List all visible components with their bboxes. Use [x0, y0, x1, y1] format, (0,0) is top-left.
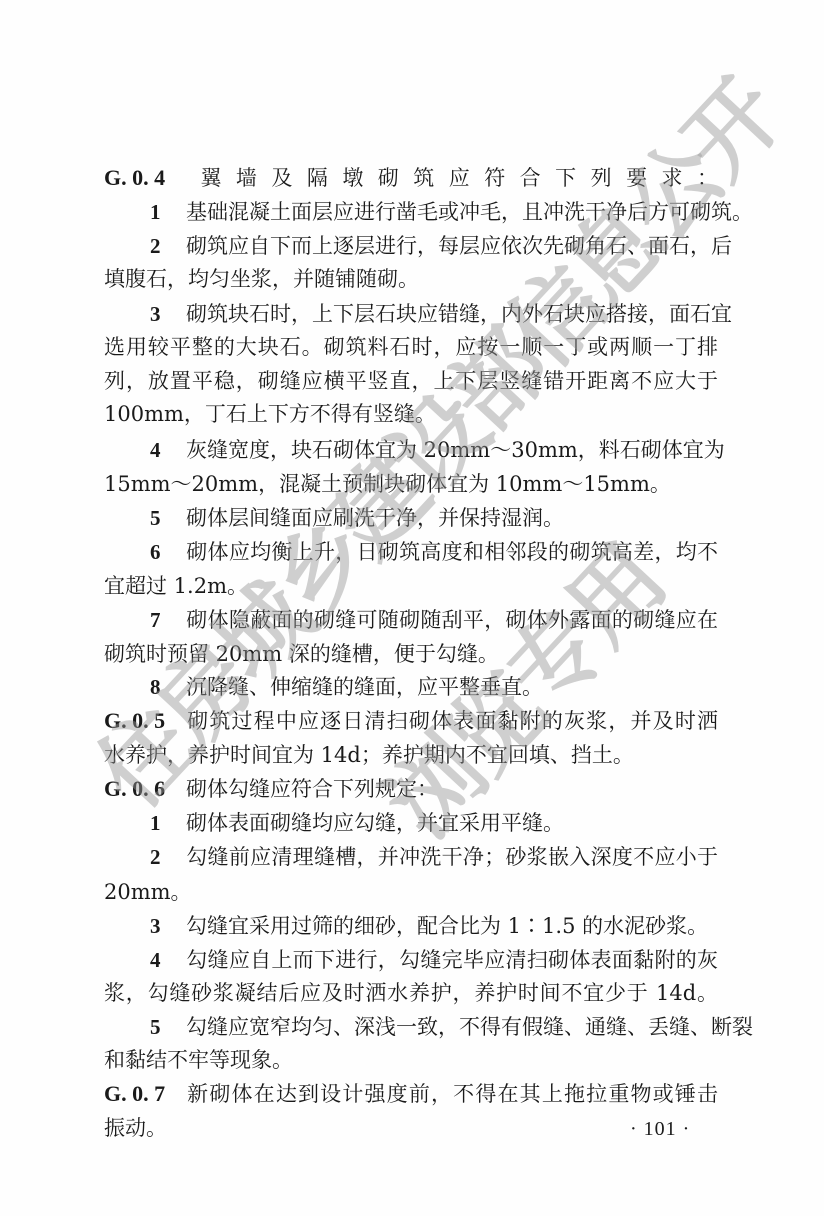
list-item: 4灰缝宽度，块石砌体宜为 20mm～30mm，料石砌体宜为: [150, 433, 718, 467]
item-number: 5: [150, 501, 186, 535]
list-item: 4勾缝应自上而下进行，勾缝完毕应清扫砌体表面黏附的灰: [150, 943, 718, 977]
clause-heading: G. 0. 6砌体勾缝应符合下列规定：: [104, 772, 718, 806]
item-text-continuation: 填腹石，均匀坐浆，并随铺随砌。: [104, 262, 718, 296]
item-text: 砌体层间缝面应刷洗干净，并保持湿润。: [186, 506, 564, 530]
item-text: 勾缝前应清理缝槽，并冲洗干净；砂浆嵌入深度不应小于: [186, 845, 718, 869]
list-item: 1砌体表面砌缝均应勾缝，并宜采用平缝。: [150, 806, 718, 840]
clause-text-continuation: 振动。: [104, 1111, 718, 1145]
clause-text: 砌筑过程中应逐日清扫砌体表面黏附的灰浆，并及时洒: [186, 709, 718, 733]
item-number: 3: [150, 297, 186, 331]
list-item: 1基础混凝土面层应进行凿毛或冲毛，且冲洗干净后方可砌筑。: [150, 195, 718, 229]
item-text: 砌筑块石时，上下层石块应错缝，内外石块应搭接，面石宜: [186, 302, 732, 326]
clause-number: G. 0. 7: [104, 1077, 186, 1111]
list-item: 8沉降缝、伸缩缝的缝面，应平整垂直。: [150, 670, 718, 704]
item-text: 基础混凝土面层应进行凿毛或冲毛，且冲洗干净后方可砌筑。: [186, 200, 753, 224]
clause-heading: G. 0. 4翼墙及隔墩砌筑应符合下列要求：: [104, 161, 718, 195]
list-item: 6砌体应均衡上升，日砌筑高度和相邻段的砌筑高差，均不: [150, 535, 718, 569]
item-text-continuation: 15mm～20mm，混凝土预制块砌体宜为 10mm～15mm。: [104, 467, 718, 501]
item-number: 1: [150, 195, 186, 229]
clause-number: G. 0. 6: [104, 772, 186, 806]
item-text: 沉降缝、伸缩缝的缝面，应平整垂直。: [186, 675, 543, 699]
clause-text-continuation: 水养护，养护时间宜为 14d；养护期内不宜回填、挡土。: [104, 738, 718, 772]
item-text-continuation: 砌筑时预留 20mm 深的缝槽，便于勾缝。: [104, 637, 718, 671]
item-number: 8: [150, 670, 186, 704]
item-number: 5: [150, 1010, 186, 1044]
clause-heading: G. 0. 7新砌体在达到设计强度前，不得在其上拖拉重物或锤击: [104, 1077, 718, 1111]
item-text-continuation: 列，放置平稳，砌缝应横平竖直，上下层竖缝错开距离不应大于: [104, 364, 718, 398]
clause-number: G. 0. 5: [104, 704, 186, 738]
item-number: 3: [150, 909, 186, 943]
item-text-continuation: 20mm。: [104, 875, 718, 909]
list-item: 5勾缝应宽窄均匀、深浅一致，不得有假缝、通缝、丢缝、断裂: [150, 1010, 718, 1044]
item-text-continuation: 浆，勾缝砂浆凝结后应及时洒水养护，养护时间不宜少于 14d。: [104, 976, 718, 1010]
list-item: 3砌筑块石时，上下层石块应错缝，内外石块应搭接，面石宜: [150, 297, 718, 331]
item-text: 砌筑应自下而上逐层进行，每层应依次先砌角石、面石，后: [186, 234, 732, 258]
list-item: 2砌筑应自下而上逐层进行，每层应依次先砌角石、面石，后: [150, 229, 718, 263]
item-text-continuation: 100mm，丁石上下方不得有竖缝。: [104, 397, 718, 431]
item-text: 勾缝应宽窄均匀、深浅一致，不得有假缝、通缝、丢缝、断裂: [186, 1015, 753, 1039]
clause-number: G. 0. 4: [104, 161, 186, 195]
page-number: · 101 ·: [630, 1118, 690, 1141]
item-text: 砌体隐蔽面的砌缝可随砌随刮平，砌体外露面的砌缝应在: [186, 608, 718, 632]
list-item: 3勾缝宜采用过筛的细砂，配合比为 1∶1.5 的水泥砂浆。: [150, 909, 718, 943]
item-text-continuation: 选用较平整的大块石。砌筑料石时，应按一顺一丁或两顺一丁排: [104, 330, 718, 364]
item-text: 灰缝宽度，块石砌体宜为 20mm～30mm，料石砌体宜为: [186, 438, 725, 462]
item-text-continuation: 宜超过 1.2m。: [104, 569, 718, 603]
item-number: 4: [150, 433, 186, 467]
item-text: 勾缝应自上而下进行，勾缝完毕应清扫砌体表面黏附的灰: [186, 948, 718, 972]
item-number: 2: [150, 229, 186, 263]
clause-text: 新砌体在达到设计强度前，不得在其上拖拉重物或锤击: [186, 1082, 718, 1106]
list-item: 2勾缝前应清理缝槽，并冲洗干净；砂浆嵌入深度不应小于: [150, 840, 718, 874]
clause-text: 翼墙及隔墩砌筑应符合下列要求：: [186, 166, 718, 190]
item-text: 砌体应均衡上升，日砌筑高度和相邻段的砌筑高差，均不: [186, 540, 718, 564]
document-page: G. 0. 4翼墙及隔墩砌筑应符合下列要求： 1基础混凝土面层应进行凿毛或冲毛，…: [0, 0, 824, 1216]
item-number: 6: [150, 535, 186, 569]
item-text-continuation: 和黏结不牢等现象。: [104, 1043, 718, 1077]
list-item: 7砌体隐蔽面的砌缝可随砌随刮平，砌体外露面的砌缝应在: [150, 603, 718, 637]
item-number: 1: [150, 806, 186, 840]
item-number: 2: [150, 840, 186, 874]
clause-text: 砌体勾缝应符合下列规定：: [186, 777, 438, 801]
item-text: 勾缝宜采用过筛的细砂，配合比为 1∶1.5 的水泥砂浆。: [186, 914, 708, 938]
list-item: 5砌体层间缝面应刷洗干净，并保持湿润。: [150, 501, 718, 535]
item-text: 砌体表面砌缝均应勾缝，并宜采用平缝。: [186, 811, 564, 835]
item-number: 7: [150, 603, 186, 637]
clause-heading: G. 0. 5砌筑过程中应逐日清扫砌体表面黏附的灰浆，并及时洒: [104, 704, 718, 738]
item-number: 4: [150, 943, 186, 977]
